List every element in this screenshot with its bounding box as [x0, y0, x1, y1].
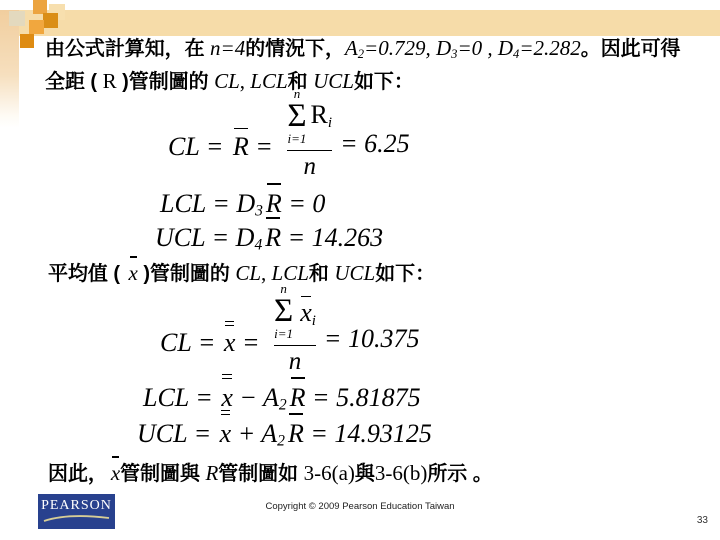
header-band — [8, 10, 720, 36]
fraction-denominator: n — [303, 151, 316, 181]
formula-r-cl-result: = 6.25 — [340, 129, 410, 159]
sum-term: x — [300, 295, 312, 326]
fraction-denominator: n — [289, 346, 302, 376]
deco-square-orange-top — [33, 0, 47, 14]
deco-square-dark-orange — [43, 13, 58, 28]
formula-xbar-cl-result: = 10.375 — [324, 324, 420, 354]
deco-square-mid-orange — [29, 20, 44, 34]
title-paragraph: 由公式計算知，在 n=4的情況下，A2=0.729, D3=0 , D4=2.2… — [45, 35, 695, 96]
sum-term: R — [311, 100, 328, 129]
formula-xbar-cl: CL = x = n Σ i=1 xi n = 10.375 — [160, 283, 419, 375]
formula-xbar-ucl: UCL = x + A2R = 14.93125 — [137, 410, 432, 458]
formula-r-cl: CL = R = n Σ i=1 Ri n = 6.25 — [168, 88, 410, 180]
footer-note: 因此，x管制圖與 R管制圖如 3-6(a)與3-6(b)所示 。 — [48, 455, 493, 488]
formula-xbar-cl-lead: CL = x = — [160, 321, 266, 358]
sigma-icon: Σ — [287, 101, 306, 132]
copyright-text: Copyright © 2009 Pearson Education Taiwa… — [0, 501, 720, 512]
fraction-sum-xbar: n Σ i=1 xi n — [274, 282, 316, 377]
left-gradient-band — [0, 10, 19, 128]
sigma-icon: Σ — [274, 296, 293, 327]
page-number: 33 — [697, 515, 708, 526]
sum-term-subscript: i — [328, 115, 332, 131]
deco-square-tan — [9, 11, 25, 26]
sum-lower-limit: i=1 — [287, 132, 306, 146]
sum-lower-limit: i=1 — [274, 327, 293, 341]
deco-square-small-dark — [20, 34, 34, 48]
fraction-sum-r: n Σ i=1 Ri n — [287, 87, 332, 182]
sum-term-subscript: i — [312, 313, 316, 329]
formula-r-cl-lead: CL = R = — [168, 127, 279, 162]
title-line-1: 由公式計算知，在 n=4的情況下，A2=0.729, D3=0 , D4=2.2… — [45, 35, 695, 68]
